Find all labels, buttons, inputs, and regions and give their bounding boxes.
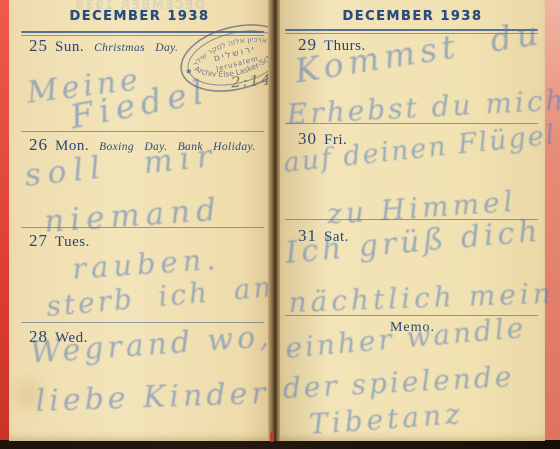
entry-weekday: Sun.: [55, 39, 84, 55]
page-block-right-edge: [545, 0, 560, 441]
entry-weekday: Thurs.: [324, 38, 366, 54]
diary-entry-26: 26Mon.Boxing Day. Bank Holiday.: [29, 135, 256, 155]
diary-entry-31: 31Sat.: [298, 226, 349, 246]
diary-entry-30: 30Fri.: [298, 129, 347, 149]
entry-holiday: Boxing Day. Bank Holiday.: [99, 141, 256, 153]
entry-weekday: Wed.: [55, 330, 88, 346]
entry-day-number: 30: [298, 129, 317, 148]
entry-day-number: 27: [29, 231, 48, 250]
stamp-star-left: ✱: [185, 67, 193, 76]
month-header-left: DECEMBER 1938: [9, 9, 270, 24]
background-bottom-strip: [0, 440, 560, 449]
handwriting-line: nächtlich mein: [288, 277, 555, 319]
month-header-right: DECEMBER 1938: [280, 9, 545, 24]
handwriting-line: Tibetanz: [308, 397, 465, 441]
handwriting-line: liebe Kinder!: [35, 375, 286, 419]
entry-weekday: Tues.: [55, 234, 90, 250]
diary-entry-25: 25Sun.Christmas Day.: [29, 36, 178, 56]
entry-holiday: Christmas Day.: [94, 42, 178, 54]
diary-photo: DECEMBER 1938 DECEMBER 1938 25Sun.Christ…: [0, 0, 560, 449]
diary-page-right: DECEMBER 1938 29Thurs. 30Fri. 31Sat. Mem…: [280, 0, 545, 441]
handwriting-line: der spielende: [282, 360, 515, 405]
entry-weekday: Mon.: [55, 138, 89, 154]
entry-rule: [21, 322, 264, 323]
handwriting-line: sterb ich am: [45, 269, 284, 323]
entry-day-number: 25: [29, 36, 48, 55]
entry-day-number: 26: [29, 135, 48, 154]
entry-day-number: 29: [298, 35, 317, 54]
diary-entry-27: 27Tues.: [29, 231, 90, 251]
entry-weekday: Sat.: [324, 229, 349, 245]
entry-rule: [285, 315, 538, 316]
entry-rule: [21, 227, 264, 228]
diary-entry-29: 29Thurs.: [298, 35, 366, 55]
diary-entry-28: 28Wed.: [29, 327, 88, 347]
handwriting-line: Meine: [25, 62, 144, 111]
binding-thread: [270, 432, 274, 442]
handwriting-line: rauben.: [71, 242, 221, 286]
entry-rule: [285, 123, 538, 124]
memo-label: Memo.: [280, 320, 545, 336]
entry-weekday: Fri.: [324, 132, 347, 148]
book-cover-left-edge: [0, 0, 9, 441]
entry-day-number: 28: [29, 327, 48, 346]
header-rule: [285, 29, 538, 31]
diary-page-left: DECEMBER 1938 DECEMBER 1938 25Sun.Christ…: [9, 0, 270, 441]
page-stain: [15, 380, 41, 410]
handwriting-line: zu Himmel: [326, 185, 518, 231]
entry-rule: [21, 131, 264, 132]
entry-day-number: 31: [298, 226, 317, 245]
entry-rule: [285, 219, 538, 220]
header-rule-thin: [285, 33, 538, 34]
